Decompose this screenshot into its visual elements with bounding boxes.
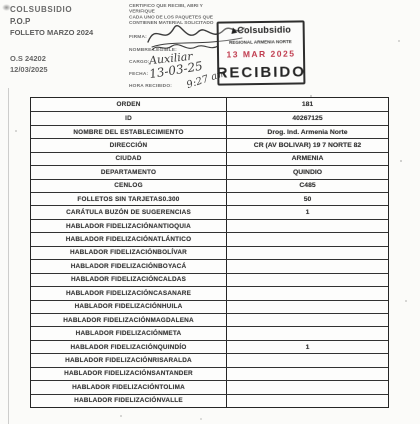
row-label-cell: HABLADOR FIDELIZACIÓNSANTANDER	[31, 368, 227, 380]
row-value-cell	[227, 301, 388, 313]
stamp-brand-text: Colsubsidio	[237, 25, 291, 36]
print-date: 12/03/2025	[10, 65, 48, 74]
order-number: O.S 24202	[10, 54, 46, 63]
row-value-cell	[227, 395, 388, 407]
cargo-label: CARGO:	[129, 59, 150, 64]
row-label-cell: HABLADOR FIDELIZACIÓNCASANARE	[31, 287, 227, 299]
scan-edge-line	[8, 88, 9, 424]
row-label: HABLADOR FIDELIZACIÓNHUILA	[75, 303, 183, 310]
table-row: HABLADOR FIDELIZACIÓNMAGDALENA	[31, 313, 388, 326]
row-label: HABLADOR FIDELIZACIÓNMAGDALENA	[63, 317, 194, 324]
row-label-cell: NOMBRE DEL ESTABLECIMIENTO	[31, 126, 227, 138]
table-row: HABLADOR FIDELIZACIÓNQUINDÍO1	[31, 340, 388, 353]
scan-noise	[0, 0, 2, 2]
stamp-received-text: RECIBIDO	[216, 63, 306, 81]
received-stamp: Colsubsidio REGIONAL ARMENIA NORTE 13 MA…	[217, 20, 306, 85]
table-row: ID40267125	[31, 111, 388, 124]
stamp-region-text: REGIONAL ARMENIA NORTE	[230, 39, 293, 45]
table-row: HABLADOR FIDELIZACIÓNBOLÍVAR	[31, 246, 388, 259]
row-value-cell	[227, 381, 388, 393]
row-label-cell: HABLADOR FIDELIZACIÓNBOLÍVAR	[31, 247, 227, 259]
row-label: HABLADOR FIDELIZACIÓNCALDAS	[71, 276, 186, 283]
row-value: 1	[306, 344, 310, 351]
table-row: CIUDADARMENIA	[31, 152, 388, 165]
row-label-cell: CIUDAD	[31, 153, 227, 165]
campaign-title: FOLLETO MARZO 2024	[10, 28, 93, 37]
row-label: HABLADOR FIDELIZACIÓNQUINDÍO	[70, 344, 186, 351]
table-row: NOMBRE DEL ESTABLECIMIENTODrog. Ind. Arm…	[31, 125, 388, 138]
table-row: DEPARTAMENTOQUINDIO	[31, 165, 388, 178]
row-label-cell: DIRECCIÓN	[31, 139, 227, 151]
row-value-cell: ARMENIA	[227, 153, 388, 165]
firma-label: FIRMA:	[129, 34, 147, 39]
row-label-cell: ORDEN	[31, 98, 227, 111]
row-value-cell	[227, 274, 388, 286]
fecha-label: FECHA:	[129, 71, 148, 76]
row-value-cell	[227, 327, 388, 339]
row-label: HABLADOR FIDELIZACIÓNTOLIMA	[72, 384, 185, 391]
row-label: HABLADOR FIDELIZACIÓNCASANARE	[66, 290, 191, 297]
row-value: 1	[306, 209, 310, 216]
stamp-brand-row: Colsubsidio	[230, 25, 291, 36]
row-label-cell: HABLADOR FIDELIZACIÓNMETA	[31, 327, 227, 339]
row-label-cell: HABLADOR FIDELIZACIÓNATLÁNTICO	[31, 233, 227, 245]
row-label: HABLADOR FIDELIZACIÓNSANTANDER	[64, 370, 193, 377]
row-label: CIUDAD	[115, 155, 141, 162]
table-row: HABLADOR FIDELIZACIÓNCALDAS	[31, 273, 388, 286]
row-label-cell: HABLADOR FIDELIZACIÓNHUILA	[31, 301, 227, 313]
row-value-cell	[227, 233, 388, 245]
row-label: CENLOG	[114, 182, 143, 189]
table-row: HABLADOR FIDELIZACIÓNANTIOQUIA	[31, 219, 388, 232]
row-value: CR (AV BOLIVAR) 19 7 NORTE 82	[254, 142, 361, 149]
row-value: C485	[299, 182, 315, 189]
row-value-cell	[227, 368, 388, 380]
row-value-cell: C485	[227, 180, 388, 192]
row-label-cell: CARÁTULA BUZÓN DE SUGERENCIAS	[31, 206, 227, 218]
row-label: NOMBRE DEL ESTABLECIMIENTO	[73, 129, 183, 136]
row-value: 181	[302, 101, 313, 108]
row-value-cell	[227, 287, 388, 299]
row-label: DEPARTAMENTO	[101, 169, 156, 176]
row-value-cell	[227, 354, 388, 366]
row-value: 50	[304, 196, 312, 203]
table-row: HABLADOR FIDELIZACIÓNCASANARE	[31, 286, 388, 299]
row-label-cell: HABLADOR FIDELIZACIÓNBOYACÁ	[31, 260, 227, 272]
row-value-cell	[227, 260, 388, 272]
row-label-cell: FOLLETOS SIN TARJETAS0.300	[31, 193, 227, 205]
row-label-cell: HABLADOR FIDELIZACIÓNQUINDÍO	[31, 341, 227, 353]
table-row: DIRECCIÓNCR (AV BOLIVAR) 19 7 NORTE 82	[31, 138, 388, 151]
row-label-cell: HABLADOR FIDELIZACIÓNRISARALDA	[31, 354, 227, 366]
row-label-cell: HABLADOR FIDELIZACIÓNANTIOQUIA	[31, 220, 227, 232]
row-label: ORDEN	[116, 101, 140, 108]
row-label: HABLADOR FIDELIZACIÓNBOYACÁ	[71, 263, 187, 270]
table-row: HABLADOR FIDELIZACIÓNHUILA	[31, 300, 388, 313]
table-row: HABLADOR FIDELIZACIÓNTOLIMA	[31, 380, 388, 393]
row-value: 40267125	[292, 115, 322, 122]
hora-recibido-label: HORA RECIBIDO:	[129, 83, 172, 88]
colsubsidio-logo-icon	[230, 27, 237, 34]
row-label: HABLADOR FIDELIZACIÓNRISARALDA	[65, 357, 192, 364]
company-name: COLSUBSIDIO	[10, 5, 72, 14]
row-label-cell: CENLOG	[31, 180, 227, 192]
table-row: HABLADOR FIDELIZACIÓNMETA	[31, 326, 388, 339]
row-label-cell: HABLADOR FIDELIZACIÓNTOLIMA	[31, 381, 227, 393]
row-label: HABLADOR FIDELIZACIÓNANTIOQUIA	[66, 223, 191, 230]
table-row: HABLADOR FIDELIZACIÓNVALLE	[31, 394, 388, 407]
row-value-cell: 40267125	[227, 112, 388, 124]
row-value: QUINDIO	[293, 169, 322, 176]
table-row: ORDEN181	[31, 98, 388, 111]
row-value: ARMENIA	[292, 155, 324, 162]
row-label-cell: HABLADOR FIDELIZACIÓNVALLE	[31, 395, 227, 407]
row-value-cell: QUINDIO	[227, 166, 388, 178]
table-row: CENLOGC485	[31, 179, 388, 192]
table-row: FOLLETOS SIN TARJETAS0.30050	[31, 192, 388, 205]
row-label: HABLADOR FIDELIZACIÓNMETA	[76, 330, 182, 337]
table-row: HABLADOR FIDELIZACIÓNSANTANDER	[31, 367, 388, 380]
row-value: Drog. Ind. Armenia Norte	[267, 129, 347, 136]
row-label-cell: ID	[31, 112, 227, 124]
row-value-cell: CR (AV BOLIVAR) 19 7 NORTE 82	[227, 139, 388, 151]
pop-label: P.O.P	[10, 17, 30, 26]
row-value-cell: 1	[227, 341, 388, 353]
row-label-cell: DEPARTAMENTO	[31, 166, 227, 178]
row-label: CARÁTULA BUZÓN DE SUGERENCIAS	[66, 209, 191, 216]
row-label-cell: HABLADOR FIDELIZACIÓNCALDAS	[31, 274, 227, 286]
table-row: HABLADOR FIDELIZACIÓNBOYACÁ	[31, 259, 388, 272]
row-label: ID	[125, 115, 132, 122]
row-value-cell	[227, 220, 388, 232]
row-label: DIRECCIÓN	[110, 142, 148, 149]
row-label: FOLLETOS SIN TARJETAS0.300	[77, 196, 179, 203]
row-value-cell	[227, 314, 388, 326]
row-label-cell: HABLADOR FIDELIZACIÓNMAGDALENA	[31, 314, 227, 326]
row-value-cell: 50	[227, 193, 388, 205]
table-row: CARÁTULA BUZÓN DE SUGERENCIAS1	[31, 205, 388, 218]
row-label: HABLADOR FIDELIZACIÓNATLÁNTICO	[66, 236, 192, 243]
row-value-cell: 181	[227, 98, 388, 111]
table-row: HABLADOR FIDELIZACIÓNRISARALDA	[31, 353, 388, 366]
row-value-cell: 1	[227, 206, 388, 218]
row-value-cell: Drog. Ind. Armenia Norte	[227, 126, 388, 138]
table-row: HABLADOR FIDELIZACIÓNATLÁNTICO	[31, 232, 388, 245]
material-table: ORDEN181 ID40267125 NOMBRE DEL ESTABLECI…	[30, 97, 389, 408]
row-label: HABLADOR FIDELIZACIÓNBOLÍVAR	[70, 249, 187, 256]
stamp-date: 13 MAR 2025	[226, 49, 295, 60]
row-value-cell	[227, 247, 388, 259]
row-label: HABLADOR FIDELIZACIÓNVALLE	[74, 397, 183, 404]
